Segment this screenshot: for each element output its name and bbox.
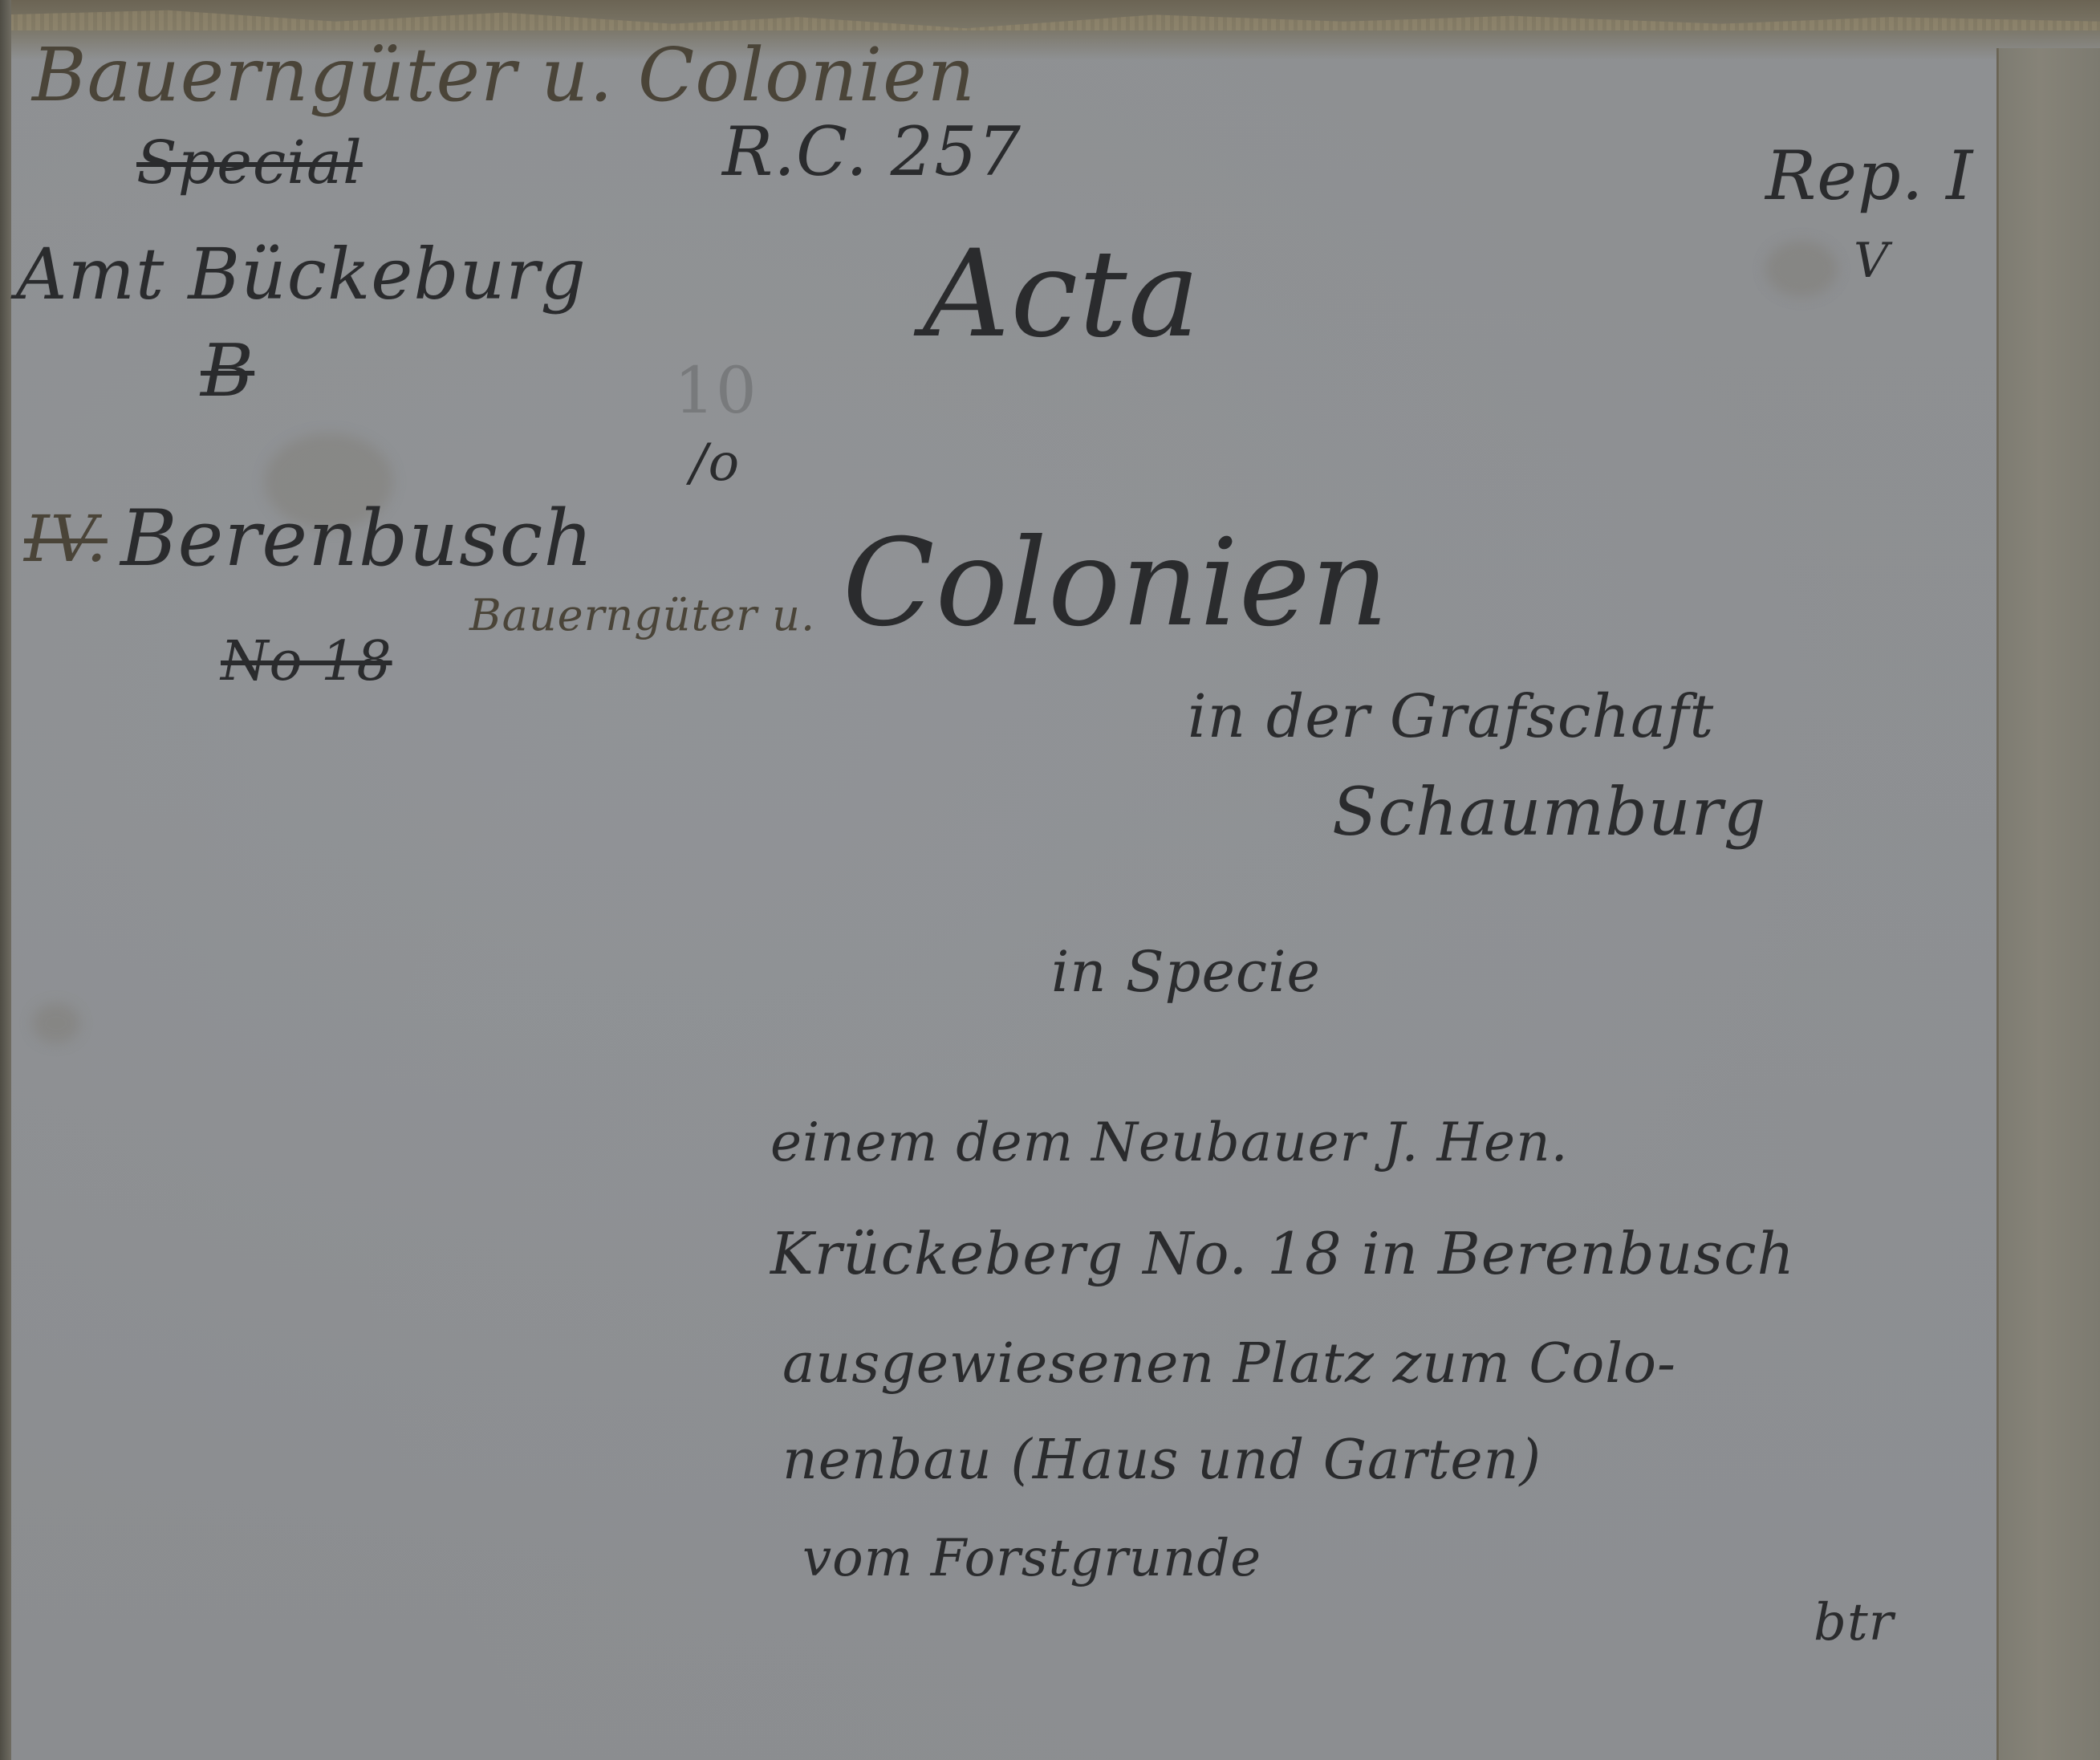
- struck-letter-b: B: [201, 329, 254, 413]
- struck-number-18: No 18: [221, 630, 392, 693]
- binding-edge: [0, 0, 11, 1760]
- pencil-number-10: 10: [674, 353, 758, 428]
- village-berenbusch: Berenbusch: [120, 494, 594, 583]
- document-sheet: Bauerngüter u. Colonien Special Amt Bück…: [0, 0, 2100, 1760]
- in-specie: in Specie: [1051, 939, 1321, 1005]
- header-bauerngueter-colonien: Bauerngüter u. Colonien: [32, 32, 976, 118]
- repository-rep-i: Rep. I: [1765, 136, 1973, 215]
- body-line-1: einem dem Neubauer J. Hen.: [770, 1112, 1569, 1173]
- title-acta: Acta: [923, 225, 1200, 364]
- region-line-2: Schaumburg: [1332, 774, 1766, 851]
- title-colonien: Colonien: [843, 514, 1389, 653]
- fold-line: [1996, 48, 1998, 1760]
- village-number-prefix: IV.: [24, 502, 108, 576]
- body-line-4: nenbau (Haus und Garten): [782, 1429, 1541, 1492]
- signature-rc-257: R.C. 257: [722, 112, 1022, 191]
- body-line-2: Krückeberg No. 18 in Berenbusch: [770, 1220, 1795, 1287]
- folded-right-flap: [1996, 48, 2100, 1760]
- body-line-3: ausgewiesenen Platz zum Colo-: [782, 1332, 1676, 1396]
- body-line-5: vom Forstgrunde: [802, 1529, 1261, 1588]
- amt-bueckeburg: Amt Bückeburg: [16, 233, 587, 315]
- fraction-mark: /o: [690, 433, 740, 493]
- repository-sub-mark: V: [1854, 233, 1889, 289]
- water-stain: [32, 1003, 80, 1043]
- struck-special: Special: [136, 128, 363, 197]
- region-line-1: in der Grafschaft: [1188, 682, 1714, 751]
- water-stain: [1765, 241, 1838, 297]
- insertion-bauerngueter: Bauerngüter u.: [469, 590, 815, 640]
- closing-mark: btr: [1814, 1593, 1894, 1652]
